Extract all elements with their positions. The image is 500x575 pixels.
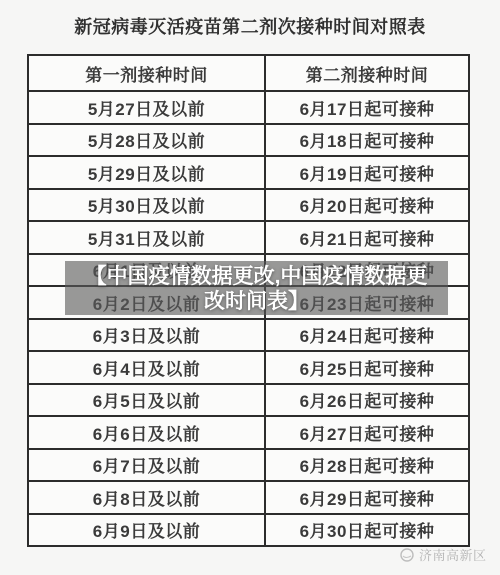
second-dose-cell: 6月27日起可接种 — [265, 416, 469, 449]
second-dose-cell: 6月25日起可接种 — [265, 351, 469, 384]
first-dose-cell: 5月29日及以前 — [28, 156, 265, 189]
col-header-second-dose: 第二剂接种时间 — [265, 55, 469, 91]
second-dose-cell: 6月19日起可接种 — [265, 156, 469, 189]
second-dose-cell: 6月24日起可接种 — [265, 319, 469, 352]
table-row: 6月5日及以前6月26日起可接种 — [28, 384, 469, 417]
table-row: 6月6日及以前6月27日起可接种 — [28, 416, 469, 449]
second-dose-cell: 6月17日起可接种 — [265, 91, 469, 124]
table-row: 6月4日及以前6月25日起可接种 — [28, 351, 469, 384]
first-dose-cell: 6月4日及以前 — [28, 351, 265, 384]
second-dose-cell: 6月28日起可接种 — [265, 449, 469, 482]
first-dose-cell: 6月7日及以前 — [28, 449, 265, 482]
publisher-logo-icon — [399, 547, 415, 563]
first-dose-cell: 5月30日及以前 — [28, 189, 265, 222]
table-row: 5月30日及以前6月20日起可接种 — [28, 189, 469, 222]
table-row: 5月28日及以前6月18日起可接种 — [28, 124, 469, 157]
second-dose-cell: 6月29日起可接种 — [265, 481, 469, 514]
watermark-text-line2: 改时间表】 — [65, 289, 448, 314]
first-dose-cell: 6月5日及以前 — [28, 384, 265, 417]
first-dose-cell: 6月9日及以前 — [28, 514, 265, 547]
first-dose-cell: 5月28日及以前 — [28, 124, 265, 157]
col-header-first-dose: 第一剂接种时间 — [28, 55, 265, 91]
table-row: 5月31日及以前6月21日起可接种 — [28, 221, 469, 254]
table-header-row: 第一剂接种时间 第二剂接种时间 — [28, 55, 469, 91]
watermark-text-line1: 【中国疫情数据更改,中国疫情数据更 — [65, 264, 448, 289]
table-row: 6月3日及以前6月24日起可接种 — [28, 319, 469, 352]
table-row: 6月9日及以前6月30日起可接种 — [28, 514, 469, 547]
first-dose-cell: 5月27日及以前 — [28, 91, 265, 124]
page-title: 新冠病毒灭活疫苗第二剂次接种时间对照表 — [0, 13, 500, 39]
table-row: 5月29日及以前6月19日起可接种 — [28, 156, 469, 189]
second-dose-cell: 6月26日起可接种 — [265, 384, 469, 417]
table-row: 5月27日及以前6月17日起可接种 — [28, 91, 469, 124]
first-dose-cell: 6月6日及以前 — [28, 416, 265, 449]
second-dose-cell: 6月30日起可接种 — [265, 514, 469, 547]
first-dose-cell: 5月31日及以前 — [28, 221, 265, 254]
table-row: 6月8日及以前6月29日起可接种 — [28, 481, 469, 514]
table-row: 6月7日及以前6月28日起可接种 — [28, 449, 469, 482]
footer-watermark: 济南高新区 — [399, 545, 487, 564]
first-dose-cell: 6月8日及以前 — [28, 481, 265, 514]
publisher-name: 济南高新区 — [419, 545, 487, 564]
first-dose-cell: 6月3日及以前 — [28, 319, 265, 352]
second-dose-cell: 6月21日起可接种 — [265, 221, 469, 254]
second-dose-cell: 6月20日起可接种 — [265, 189, 469, 222]
second-dose-cell: 6月18日起可接种 — [265, 124, 469, 157]
watermark-overlay: 【中国疫情数据更改,中国疫情数据更 改时间表】 — [65, 261, 448, 315]
